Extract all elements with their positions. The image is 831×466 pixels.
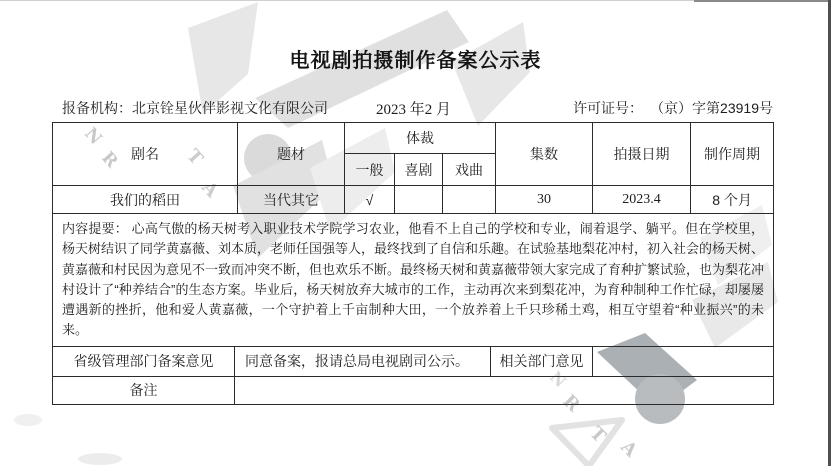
scan-top-edge-dark [694,0,831,2]
drama-name: 我们的稻田 [53,186,238,214]
col-header-genre: 体裁 [345,123,496,154]
drama-subject: 当代其它 [238,186,345,214]
drama-episodes: 30 [496,186,593,214]
col-header-genre-general: 一般 [345,154,395,186]
drama-info-table: 剧名 题材 体裁 集数 拍摄日期 制作周期 一般 喜剧 戏曲 我们的稻田 当代其… [52,122,774,347]
genre-general-check: √ [345,186,395,214]
genre-opera-check [443,186,496,214]
related-opinion-value [593,346,774,376]
remarks-value [235,376,774,404]
synopsis-row: 内容提要： 心高气傲的杨天树考入职业技术学院学习农业，他看不上自己的学校和专业，… [53,214,774,347]
related-opinion-label: 相关部门意见 [491,346,593,376]
drama-production-cycle: 8 个月 [691,186,774,214]
filing-table: 剧名 题材 体裁 集数 拍摄日期 制作周期 一般 喜剧 戏曲 我们的稻田 当代其… [52,122,773,405]
license-label: 许可证号： [573,100,643,116]
opinions-table: 省级管理部门备案意见 同意备案，报请总局电视剧司公示。 相关部门意见 备注 [52,346,774,405]
page-title: 电视剧拍摄制作备案公示表 [0,44,831,73]
col-header-episodes: 集数 [496,123,593,186]
provincial-opinion-label: 省级管理部门备案意见 [53,346,235,376]
filing-date: 2023 年2 月 [376,98,451,119]
form-meta-row: 报备机构：北京铨星伙伴影视文化有限公司 2023 年2 月 许可证号：（京）字第… [0,98,831,116]
col-header-genre-comedy: 喜剧 [395,154,443,186]
filing-form: 电视剧拍摄制作备案公示表 报备机构：北京铨星伙伴影视文化有限公司 2023 年2… [0,0,831,466]
col-header-shoot-date: 拍摄日期 [593,123,691,186]
provincial-opinion-value: 同意备案，报请总局电视剧司公示。 [235,346,491,376]
license-number: 许可证号：（京）字第23919号 [573,98,773,118]
col-header-subject: 题材 [238,123,345,186]
remarks-row: 备注 [53,376,774,404]
col-header-name: 剧名 [53,123,238,186]
license-value: （京）字第23919号 [657,100,773,116]
header-row-top: 剧名 题材 体裁 集数 拍摄日期 制作周期 [53,123,774,154]
opinion-row: 省级管理部门备案意见 同意备案，报请总局电视剧司公示。 相关部门意见 [53,346,774,376]
genre-comedy-check [395,186,443,214]
synopsis: 内容提要： 心高气傲的杨天树考入职业技术学院学习农业，他看不上自己的学校和专业，… [53,214,774,347]
drama-shoot-date: 2023.4 [593,186,691,214]
reporting-agency: 报备机构：北京铨星伙伴影视文化有限公司 [62,98,328,118]
col-header-production-cycle: 制作周期 [691,123,774,186]
remarks-label: 备注 [53,376,235,404]
col-header-genre-opera: 戏曲 [443,154,496,186]
drama-row: 我们的稻田 当代其它 √ 30 2023.4 8 个月 [53,186,774,214]
